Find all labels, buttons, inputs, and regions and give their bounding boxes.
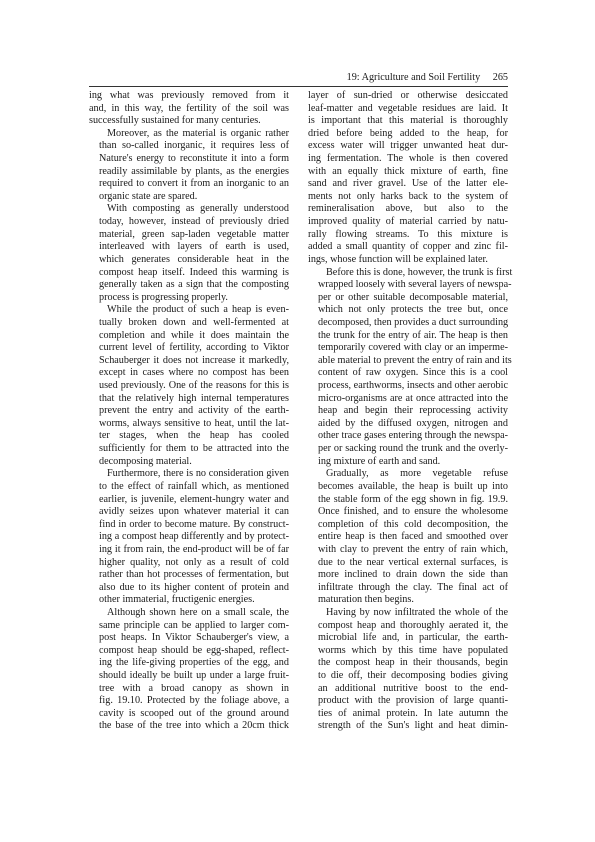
text-line: decomposed, then provides a duct surroun…: [308, 317, 508, 330]
paragraph: Moreover, as the material is organic rat…: [89, 128, 289, 204]
left-column: ing what was previously removed from ita…: [89, 90, 289, 733]
text-line: process, earthworms, insects and other a…: [308, 380, 508, 393]
text-line: except in cases where no compost has bee…: [89, 367, 289, 380]
text-line: the compost heap in their thousands, beg…: [308, 657, 508, 670]
paragraph: ing what was previously removed from ita…: [89, 90, 289, 128]
text-line: generally taken as a sign that the compo…: [89, 279, 289, 292]
text-line: compost heap should be egg-shaped, refle…: [89, 645, 289, 658]
right-column: layer of sun-dried or otherwise desiccat…: [308, 90, 508, 733]
text-line: While the product of such a heap is even…: [89, 304, 289, 317]
text-line: required to convert it from an inorganic…: [89, 178, 289, 191]
text-line: ing the life-giving properties of the eg…: [89, 657, 289, 670]
text-line: ments not only harks back to the system …: [308, 191, 508, 204]
text-line: material, green sap-laden vegetable matt…: [89, 229, 289, 242]
paragraph: Gradually, as more vegetable refusebecom…: [308, 468, 508, 607]
text-line: added a small quantity of copper and zin…: [308, 241, 508, 254]
text-line: per or other suitable decomposable mater…: [308, 292, 508, 305]
text-line: dried before being added to the heap, fo…: [308, 128, 508, 141]
text-line: same principle can be applied to larger …: [89, 620, 289, 633]
text-line: Once finished, and to ensure the wholeso…: [308, 506, 508, 519]
text-line: and, in this way, the fertility of the s…: [89, 103, 289, 116]
text-line: ing it from rain, the end-product will b…: [89, 544, 289, 557]
text-line: product with the provision of large quan…: [308, 695, 508, 708]
text-line: higher quality, not only as a result of …: [89, 557, 289, 570]
text-line: With composting as generally understood: [89, 203, 289, 216]
text-line: completion of this cold decomposition, t…: [308, 519, 508, 532]
paragraph: Having by now infiltrated the whole of t…: [308, 607, 508, 733]
text-line: Moreover, as the material is organic rat…: [89, 128, 289, 141]
text-line: an additional nutritive boost to the end…: [308, 683, 508, 696]
text-line: post heaps. In Viktor Schauberger's view…: [89, 632, 289, 645]
text-line: ties of animal protein. In late autumn t…: [308, 708, 508, 721]
text-line: other immaterial, fructigenic energies.: [89, 594, 289, 607]
text-line: decomposing material.: [89, 456, 289, 469]
text-line: Before this is done, however, the trunk …: [308, 267, 508, 280]
text-line: wrapped loosely with several layers of n…: [308, 279, 508, 292]
text-line: Furthermore, there is no consideration g…: [89, 468, 289, 481]
text-line: rally flowing streams. To this mixture i…: [308, 229, 508, 242]
text-line: ing mixture of earth and sand.: [308, 456, 508, 469]
text-line: the trunk for the entry of air. The heap…: [308, 330, 508, 343]
paragraph: With composting as generally understoodt…: [89, 203, 289, 304]
text-line: compost heap itself. Indeed this warming…: [89, 267, 289, 280]
text-line: sufficiently for them to be attracted in…: [89, 443, 289, 456]
text-line: more inclined to drain down the side tha…: [308, 569, 508, 582]
paragraph: While the product of such a heap is even…: [89, 304, 289, 468]
text-line: microbial life and, in particular, the e…: [308, 632, 508, 645]
text-line: excess water will trigger unwanted heat …: [308, 140, 508, 153]
text-line: strength of the Sun's light and heat dim…: [308, 720, 508, 733]
text-line: ing a compost heap differently and by pr…: [89, 531, 289, 544]
text-line: per or sacking round the trunk and the o…: [308, 443, 508, 456]
text-line: that the relatively high internal temper…: [89, 393, 289, 406]
text-line: organic state are spared.: [89, 191, 289, 204]
text-line: improved quality of material carried by …: [308, 216, 508, 229]
text-line: interleaved with layers of earth is used…: [89, 241, 289, 254]
text-line: compost heap and thoroughly aerated it, …: [308, 620, 508, 633]
text-line: infiltrate through the clay. The final a…: [308, 582, 508, 595]
text-line: worms which by this time have populated: [308, 645, 508, 658]
text-line: used previously. One of the reasons for …: [89, 380, 289, 393]
text-line: ter stages, when the heap has cooled: [89, 430, 289, 443]
text-line: layer of sun-dried or otherwise desiccat…: [308, 90, 508, 103]
text-line: process is progressing properly.: [89, 292, 289, 305]
text-line: due to the near vertical external surfac…: [308, 557, 508, 570]
text-line: Schauberger it does not increase it mark…: [89, 355, 289, 368]
paragraph: layer of sun-dried or otherwise desiccat…: [308, 90, 508, 267]
paragraph: Although shown here on a small scale, th…: [89, 607, 289, 733]
running-head: 19: Agriculture and Soil Fertility 265: [89, 72, 508, 87]
text-line: current level of fertility, according to…: [89, 342, 289, 355]
text-line: rather than hot processes of fermentatio…: [89, 569, 289, 582]
text-line: temporarily covered with clay or an impe…: [308, 342, 508, 355]
text-line: leaf-matter and vegetable residues are l…: [308, 103, 508, 116]
text-line: Having by now infiltrated the whole of t…: [308, 607, 508, 620]
text-line: ing what was previously removed from it: [89, 90, 289, 103]
text-line: the base of the tree into which a 20cm t…: [89, 720, 289, 733]
text-line: tree with a broad canopy as shown in: [89, 683, 289, 696]
text-line: remineralisation above, but also to the: [308, 203, 508, 216]
text-line: is important that this material is thoro…: [308, 115, 508, 128]
text-line: other trace gases entering through the n…: [308, 430, 508, 443]
text-line: to die off, their decomposing bodies giv…: [308, 670, 508, 683]
text-line: the stable form of the egg shown in fig.…: [308, 494, 508, 507]
text-line: should ideally be built up under a large…: [89, 670, 289, 683]
text-line: tually broken down and well-fermented at: [89, 317, 289, 330]
text-line: maturation then begins.: [308, 594, 508, 607]
text-line: find in order to become mature. By const…: [89, 519, 289, 532]
text-line: micro-organisms are at once attracted in…: [308, 393, 508, 406]
text-line: ing fermentation. The whole is then cove…: [308, 153, 508, 166]
text-line: earlier, is juvenile, element-hungry wat…: [89, 494, 289, 507]
text-line: to the effect of rainfall which, as ment…: [89, 481, 289, 494]
text-line: worms, always sensitive to heat, until t…: [89, 418, 289, 431]
page-number: 265: [493, 72, 508, 84]
text-line: Nature's energy to reconstitute it into …: [89, 153, 289, 166]
text-line: readily assimilable by plants, as the en…: [89, 166, 289, 179]
text-line: cavity is scooped out of the ground arou…: [89, 708, 289, 721]
text-line: Gradually, as more vegetable refuse: [308, 468, 508, 481]
text-line: completion and while it does maintain th…: [89, 330, 289, 343]
text-line: sand and river gravel. Use of the latter…: [308, 178, 508, 191]
text-line: becomes available, the heap is built up …: [308, 481, 508, 494]
text-line: ings, whose function will be explained l…: [308, 254, 508, 267]
text-line: with an equally thick mixture of earth, …: [308, 166, 508, 179]
text-line: than so-called inorganic, it requires le…: [89, 140, 289, 153]
book-page: 19: Agriculture and Soil Fertility 265 i…: [0, 0, 595, 842]
text-line: also due to its higher content of protei…: [89, 582, 289, 595]
text-line: fig. 19.10. Protected by the foliage abo…: [89, 695, 289, 708]
text-line: which generates considerable heat in the: [89, 254, 289, 267]
text-line: Although shown here on a small scale, th…: [89, 607, 289, 620]
text-line: today, however, instead of previously dr…: [89, 216, 289, 229]
text-line: which not only protects the tree but, on…: [308, 304, 508, 317]
text-line: able material to prevent the entry of ra…: [308, 355, 508, 368]
chapter-title: 19: Agriculture and Soil Fertility: [347, 72, 481, 84]
text-line: content of raw oxygen. Since this is a c…: [308, 367, 508, 380]
text-line: prevent the entry and activity of the ea…: [89, 405, 289, 418]
text-line: aided by the diffused oxygen, nitrogen a…: [308, 418, 508, 431]
paragraph: Furthermore, there is no consideration g…: [89, 468, 289, 607]
text-line: entire heap is then faced and smoothed o…: [308, 531, 508, 544]
text-line: with clay to prevent the entry of rain w…: [308, 544, 508, 557]
text-line: successfully sustained for many centurie…: [89, 115, 289, 128]
text-line: avidly seizes upon whatever material it …: [89, 506, 289, 519]
text-line: heap and begin their reprocessing activi…: [308, 405, 508, 418]
paragraph: Before this is done, however, the trunk …: [308, 267, 508, 469]
